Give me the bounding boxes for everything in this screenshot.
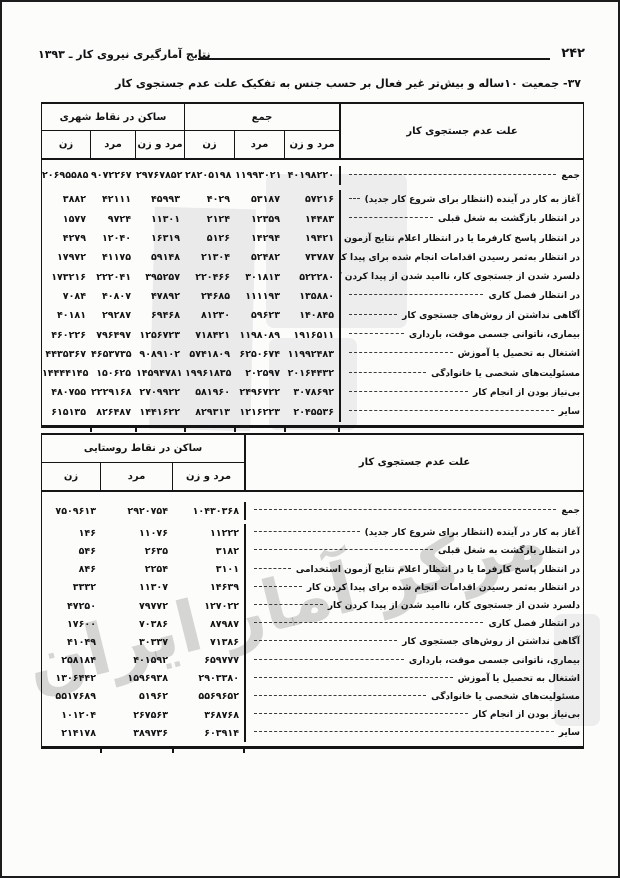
cell-rural-male: ۵۱۹۶۲ — [101, 691, 173, 702]
table-row: ۴۴۳۵۳۶۷ ۴۶۵۳۷۳۵ ۹۰۸۹۱۰۲ ۵۷۴۱۸۰۹ ۶۲۵۰۶۷۴ … — [42, 345, 583, 364]
table-row: ۵۴۶ ۲۶۳۵ ۳۱۸۲ در انتظار بازگشت به شغل قب… — [42, 542, 583, 560]
cell-total-both: ۱۹۴۲۱ — [285, 233, 339, 244]
cell-rural-male: ۲۶۳۵ — [101, 546, 173, 557]
cell-urban-female: ۴۰۱۸۱ — [42, 310, 91, 321]
column-header-reason: علت عدم جستجوی کار — [244, 435, 583, 490]
cell-urban-female: ۴۲۷۹ — [42, 233, 91, 244]
column-header-male: مرد — [91, 131, 136, 158]
cell-total-both: ۵۲۲۲۸۰ — [285, 272, 339, 283]
cell-total-female: ۸۱۲۳۰ — [185, 310, 235, 321]
cell-urban-male: ۷۹۶۴۹۷ — [91, 330, 136, 341]
cell-reason-label: اشتغال به تحصیل یا آموزش — [244, 670, 583, 688]
cell-reason-label: آغاز به کار در آینده (انتظار برای شروع ک… — [244, 524, 583, 542]
cell-total-female: ۷۱۸۴۲۱ — [185, 330, 235, 341]
cell-reason-label: اشتغال به تحصیل یا آموزش — [339, 345, 583, 364]
table1-body: ۲۰۶۹۵۵۸۵ ۹۰۷۲۲۶۷ ۲۹۷۶۷۸۵۲ ۲۸۲۰۵۱۹۸ ۱۱۹۹۳… — [42, 160, 583, 425]
dotted-leader — [254, 730, 554, 732]
dotted-leader — [254, 621, 483, 623]
cell-urban-male: ۴۱۱۷۵ — [91, 252, 136, 263]
cell-urban-male: ۴۶۵۳۷۳۵ — [91, 349, 136, 360]
dotted-leader — [254, 548, 433, 550]
reason-text: در انتظار به‌ثمر رسیدن اقدامات انجام شده… — [339, 253, 580, 263]
table-row: ۳۸۸۲ ۴۲۱۱۱ ۴۵۹۹۳ ۴۰۲۹ ۵۳۱۸۷ ۵۷۲۱۶ آغاز ب… — [42, 190, 583, 209]
cell-rural-female: ۳۳۳۲ — [42, 582, 101, 593]
table-row: ۲۵۸۱۸۴ ۴۰۱۵۹۲ ۶۵۹۷۷۷ بیماری، ناتوانی جسم… — [42, 652, 583, 670]
cell-rural-female: ۵۵۱۷۶۸۹ — [42, 691, 101, 702]
cell-total-female: ۵۱۲۶ — [185, 233, 235, 244]
table2-header: ساکن در نقاط روستایی علت عدم جستجوی کار … — [42, 435, 583, 492]
cell-reason-label: جمع — [244, 502, 583, 520]
cell-rural-male: ۷۹۷۷۲ — [101, 601, 173, 612]
cell-urban-male: ۲۲۲۹۱۶۸ — [91, 387, 136, 398]
cell-reason-label: در انتظار بازگشت به شغل قبلی — [339, 210, 583, 229]
cell-total-both: ۳۰۷۸۶۹۲ — [285, 387, 339, 398]
reason-text: در انتظار بازگشت به شغل قبلی — [438, 546, 580, 556]
table-row: ۵۵۱۷۶۸۹ ۵۱۹۶۲ ۵۵۶۹۶۵۲ مسئولیت‌های شخصی ی… — [42, 688, 583, 706]
dotted-leader — [254, 530, 360, 532]
cell-rural-female: ۲۵۸۱۸۴ — [42, 655, 101, 666]
cell-urban-female: ۱۵۷۷ — [42, 214, 91, 225]
table-row: ۷۵۰۹۶۱۳ ۲۹۲۰۷۵۴ ۱۰۴۳۰۳۶۸ جمع — [42, 502, 583, 520]
cell-urban-female: ۱۷۳۲۱۶ — [42, 272, 91, 283]
cell-rural-female: ۴۱۰۴۹ — [42, 637, 101, 648]
reason-text: بیماری، ناتوانی جسمی موقت، بارداری — [409, 330, 580, 340]
dotted-leader — [254, 676, 453, 678]
cell-rural-male: ۴۰۱۵۹۲ — [101, 655, 173, 666]
table-row: ۴۸۰۷۵۵ ۲۲۲۹۱۶۸ ۲۷۰۹۹۲۲ ۵۸۱۹۶۰ ۲۴۹۶۷۲۲ ۳۰… — [42, 383, 583, 402]
cell-urban-both: ۱۲۵۶۷۲۳ — [136, 330, 185, 341]
cell-urban-male: ۱۵۰۶۲۵ — [91, 368, 136, 379]
cell-total-male: ۲۰۲۵۹۷ — [235, 368, 285, 379]
cell-total-female: ۵۷۴۱۸۰۹ — [185, 349, 235, 360]
cell-rural-both: ۷۱۳۸۶ — [173, 637, 244, 648]
table-row: ۲۱۴۱۷۸ ۳۸۹۷۳۶ ۶۰۳۹۱۴ سایر — [42, 724, 583, 742]
dotted-leader — [349, 332, 404, 334]
table-row: ۲۰۶۹۵۵۸۵ ۹۰۷۲۲۶۷ ۲۹۷۶۷۸۵۲ ۲۸۲۰۵۱۹۸ ۱۱۹۹۳… — [42, 166, 583, 185]
table-row: ۶۱۵۱۳۵ ۸۲۶۴۸۷ ۱۴۴۱۶۲۲ ۸۲۹۳۱۳ ۱۲۱۶۲۲۳ ۲۰۴… — [42, 403, 583, 422]
cell-total-female: ۲۱۳۰۴ — [185, 252, 235, 263]
cell-rural-both: ۶۰۳۹۱۴ — [173, 728, 244, 739]
border-tick — [135, 425, 137, 432]
cell-urban-both: ۹۰۸۹۱۰۲ — [136, 349, 185, 360]
dotted-leader — [254, 603, 323, 605]
cell-rural-male: ۲۲۵۴ — [101, 564, 173, 575]
cell-total-male: ۱۱۹۹۳۰۲۱ — [235, 170, 285, 181]
table-row: ۳۳۳۲ ۱۱۳۰۷ ۱۴۶۳۹ در انتظار به‌ثمر رسیدن … — [42, 579, 583, 597]
dotted-leader — [349, 390, 468, 392]
reason-text: اشتغال به تحصیل یا آموزش — [458, 349, 580, 359]
column-header-both: مرد و زن — [136, 131, 185, 158]
cell-urban-both: ۱۶۳۱۹ — [136, 233, 185, 244]
dotted-leader — [349, 173, 556, 175]
cell-rural-both: ۳۱۰۱ — [173, 564, 244, 575]
cell-reason-label: در انتظار پاسخ کارفرما یا در انتظار اعلا… — [244, 561, 583, 579]
cell-rural-male: ۷۰۳۸۶ — [101, 619, 173, 630]
cell-urban-female: ۱۴۴۴۴۱۴۵ — [42, 368, 91, 379]
border-tick — [284, 425, 286, 432]
reason-text: در انتظار فصل کاری — [488, 619, 580, 629]
cell-reason-label: بیماری، ناتوانی جسمی موقت، بارداری — [244, 652, 583, 670]
cell-rural-both: ۳۱۸۲ — [173, 546, 244, 557]
dotted-leader — [349, 351, 453, 353]
reason-text: در انتظار فصل کاری — [488, 291, 580, 301]
table-row: ۱۴۶ ۱۱۰۷۶ ۱۱۲۲۲ آغاز به کار در آینده (ان… — [42, 524, 583, 542]
table-row: ۱۷۹۷۲ ۴۱۱۷۵ ۵۹۱۴۸ ۲۱۳۰۴ ۵۲۴۸۲ ۷۳۷۸۷ در ا… — [42, 248, 583, 267]
table2-body: ۷۵۰۹۶۱۳ ۲۹۲۰۷۵۴ ۱۰۴۳۰۳۶۸ جمع ۱۴۶ ۱۱۰۷۶ ۱… — [42, 492, 583, 746]
reason-text: مسئولیت‌های شخصی یا خانوادگی — [431, 369, 580, 379]
column-header-male: مرد — [101, 463, 173, 490]
reason-text: در انتظار پاسخ کارفرما یا در انتظار اعلا… — [296, 565, 580, 575]
dotted-leader — [349, 313, 397, 315]
cell-rural-female: ۵۴۶ — [42, 546, 101, 557]
cell-rural-both: ۱۱۲۲۲ — [173, 528, 244, 539]
cell-rural-female: ۱۷۶۰۰ — [42, 619, 101, 630]
dotted-leader — [254, 658, 404, 660]
cell-total-male: ۱۱۱۱۹۳ — [235, 291, 285, 302]
cell-rural-male: ۱۱۳۰۷ — [101, 582, 173, 593]
cell-reason-label: دلسرد شدن از جستجوی کار، ناامید شدن از پ… — [339, 267, 583, 286]
cell-reason-label: در انتظار به‌ثمر رسیدن اقدامات انجام شده… — [244, 579, 583, 597]
cell-urban-female: ۱۷۹۷۲ — [42, 252, 91, 263]
reason-text: دلسرد شدن از جستجوی کار، ناامید شدن از پ… — [339, 272, 580, 282]
group-header-total: جمع — [185, 104, 339, 131]
table-row: ۱۴۴۴۴۱۴۵ ۱۵۰۶۲۵ ۱۴۵۹۴۷۸۱ ۱۹۹۶۱۸۳۵ ۲۰۲۵۹۷… — [42, 364, 583, 383]
cell-total-female: ۱۹۹۶۱۸۳۵ — [185, 368, 235, 379]
cell-urban-male: ۱۲۰۴۰ — [91, 233, 136, 244]
cell-total-both: ۲۰۱۶۴۴۳۲ — [285, 368, 339, 379]
cell-total-female: ۲۴۶۸۵ — [185, 291, 235, 302]
cell-total-both: ۴۰۱۹۸۲۲۰ — [285, 170, 339, 181]
column-header-female: زن — [42, 131, 91, 158]
table-row: ۱۳۰۶۴۴۲ ۱۵۹۶۹۳۸ ۲۹۰۳۳۸۰ اشتغال به تحصیل … — [42, 670, 583, 688]
cell-total-female: ۸۲۹۳۱۳ — [185, 407, 235, 418]
reason-text: دلسرد شدن از جستجوی کار، ناامید شدن از پ… — [328, 601, 580, 611]
dotted-leader — [349, 409, 554, 411]
cell-rural-male: ۳۰۳۳۷ — [101, 637, 173, 648]
cell-rural-both: ۲۹۰۳۳۸۰ — [173, 673, 244, 684]
reason-text: بیماری، ناتوانی جسمی موقت، بارداری — [409, 656, 580, 666]
border-tick — [100, 746, 102, 753]
cell-total-both: ۱۹۱۶۵۱۱ — [285, 330, 339, 341]
reason-text: سایر — [559, 728, 580, 738]
table-rural: ساکن در نقاط روستایی علت عدم جستجوی کار … — [41, 433, 584, 749]
reason-text: جمع — [561, 171, 580, 181]
cell-total-female: ۲۸۲۰۵۱۹۸ — [185, 170, 235, 181]
cell-reason-label: آگاهی نداشتن از روش‌های جستجوی کار — [339, 306, 583, 325]
cell-rural-female: ۲۱۴۱۷۸ — [42, 728, 101, 739]
table-row: ۴۱۰۴۹ ۳۰۳۳۷ ۷۱۳۸۶ آگاهی نداشتن از روش‌ها… — [42, 633, 583, 651]
cell-urban-male: ۹۰۷۲۲۶۷ — [91, 170, 136, 181]
cell-total-male: ۵۹۶۲۳ — [235, 310, 285, 321]
cell-reason-label: در انتظار فصل کاری — [339, 287, 583, 306]
table-total-urban: ساکن در نقاط شهری جمع علت عدم جستجوی کار… — [41, 102, 584, 428]
column-header-female: زن — [42, 463, 101, 490]
cell-rural-both: ۵۵۶۹۶۵۲ — [173, 691, 244, 702]
table-row: ۸۴۶ ۲۲۵۴ ۳۱۰۱ در انتظار پاسخ کارفرما یا … — [42, 561, 583, 579]
border-tick — [243, 746, 245, 753]
cell-urban-both: ۱۱۳۰۱ — [136, 214, 185, 225]
dotted-leader — [254, 508, 556, 510]
cell-reason-label: بی‌نیاز بودن از انجام کار — [244, 706, 583, 724]
cell-urban-female: ۳۸۸۲ — [42, 194, 91, 205]
cell-total-male: ۱۱۹۸۰۸۹ — [235, 330, 285, 341]
cell-reason-label: مسئولیت‌های شخصی یا خانوادگی — [244, 688, 583, 706]
cell-urban-female: ۶۱۵۱۳۵ — [42, 407, 91, 418]
cell-urban-both: ۴۵۹۹۳ — [136, 194, 185, 205]
cell-rural-both: ۳۶۸۷۶۸ — [173, 710, 244, 721]
cell-reason-label: آغاز به کار در آینده (انتظار برای شروع ک… — [339, 190, 583, 209]
table-row: ۱۰۱۲۰۴ ۲۶۷۵۶۳ ۳۶۸۷۶۸ بی‌نیاز بودن از انج… — [42, 706, 583, 724]
cell-rural-male: ۲۶۷۵۶۳ — [101, 710, 173, 721]
cell-rural-male: ۱۱۰۷۶ — [101, 528, 173, 539]
column-header-female: زن — [185, 131, 235, 158]
cell-total-male: ۲۴۹۶۷۲۲ — [235, 387, 285, 398]
cell-reason-label: سایر — [244, 724, 583, 742]
cell-reason-label: جمع — [339, 166, 583, 185]
cell-urban-both: ۱۴۴۱۶۲۲ — [136, 407, 185, 418]
cell-rural-male: ۱۵۹۶۹۳۸ — [101, 673, 173, 684]
cell-reason-label: بی‌نیاز بودن از انجام کار — [339, 383, 583, 402]
cell-reason-label: مسئولیت‌های شخصی یا خانوادگی — [339, 364, 583, 383]
cell-urban-male: ۲۲۲۰۴۱ — [91, 272, 136, 283]
border-tick — [184, 425, 186, 432]
dotted-leader — [254, 712, 468, 714]
cell-rural-both: ۸۷۹۸۷ — [173, 619, 244, 630]
cell-total-female: ۲۲۰۴۶۶ — [185, 272, 235, 283]
cell-urban-female: ۴۴۳۵۳۶۷ — [42, 349, 91, 360]
dotted-leader — [349, 197, 360, 199]
cell-urban-both: ۳۹۵۲۵۷ — [136, 272, 185, 283]
table-title: ۳۷- جمعیت ۱۰ساله و بیش‌تر غیر فعال بر حس… — [115, 77, 581, 90]
cell-urban-male: ۴۰۸۰۷ — [91, 291, 136, 302]
column-header-both: مرد و زن — [173, 463, 244, 490]
cell-total-both: ۱۴۴۸۳ — [285, 214, 339, 225]
reason-text: در انتظار پاسخ کارفرما یا در انتظار اعلا… — [339, 234, 580, 244]
cell-urban-both: ۲۹۷۶۷۸۵۲ — [136, 170, 185, 181]
reason-text: آگاهی نداشتن از روش‌های جستجوی کار — [402, 311, 580, 321]
cell-urban-male: ۲۹۲۸۷ — [91, 310, 136, 321]
reason-text: مسئولیت‌های شخصی یا خانوادگی — [431, 692, 580, 702]
table1-header: ساکن در نقاط شهری جمع علت عدم جستجوی کار… — [42, 104, 583, 160]
cell-rural-female: ۸۴۶ — [42, 564, 101, 575]
reason-text: بی‌نیاز بودن از انجام کار — [473, 710, 580, 720]
border-tick — [172, 746, 174, 753]
cell-total-both: ۱۴۰۸۴۵ — [285, 310, 339, 321]
border-tick — [338, 425, 340, 432]
scanned-report-page: مرکز آمار ایران نتایج آمارگیری نیروی کار… — [0, 0, 620, 878]
cell-urban-both: ۶۹۴۶۸ — [136, 310, 185, 321]
cell-rural-male: ۳۸۹۷۳۶ — [101, 728, 173, 739]
dotted-leader — [349, 371, 426, 373]
reason-text: در انتظار بازگشت به شغل قبلی — [438, 214, 580, 224]
dotted-leader — [254, 639, 397, 641]
cell-total-male: ۱۲۱۶۲۲۳ — [235, 407, 285, 418]
cell-urban-female: ۷۰۸۴ — [42, 291, 91, 302]
column-header-male: مرد — [235, 131, 285, 158]
cell-urban-male: ۸۲۶۴۸۷ — [91, 407, 136, 418]
report-title: نتایج آمارگیری نیروی کار ـ ۱۳۹۳ — [38, 48, 211, 61]
cell-total-both: ۱۱۹۹۲۴۸۳ — [285, 349, 339, 360]
table-row: ۴۷۲۵۰ ۷۹۷۷۲ ۱۲۷۰۲۲ دلسرد شدن از جستجوی ک… — [42, 597, 583, 615]
cell-total-both: ۲۰۴۵۵۳۶ — [285, 407, 339, 418]
cell-reason-label: در انتظار بازگشت به شغل قبلی — [244, 542, 583, 560]
table-row: ۴۶۰۲۲۶ ۷۹۶۴۹۷ ۱۲۵۶۷۲۳ ۷۱۸۴۲۱ ۱۱۹۸۰۸۹ ۱۹۱… — [42, 325, 583, 344]
reason-text: بی‌نیاز بودن از انجام کار — [473, 388, 580, 398]
cell-total-male: ۱۲۳۵۹ — [235, 214, 285, 225]
dotted-leader — [349, 293, 483, 295]
cell-total-male: ۳۰۱۸۱۳ — [235, 272, 285, 283]
group-header-rural: ساکن در نقاط روستایی — [42, 435, 244, 463]
table-row: ۴۲۷۹ ۱۲۰۴۰ ۱۶۳۱۹ ۵۱۲۶ ۱۴۲۹۴ ۱۹۴۲۱ در انت… — [42, 229, 583, 248]
cell-rural-female: ۴۷۲۵۰ — [42, 601, 101, 612]
column-header-both: مرد و زن — [285, 131, 339, 158]
column-header-reason: علت عدم جستجوی کار — [339, 104, 583, 158]
cell-reason-label: بیماری، ناتوانی جسمی موقت، بارداری — [339, 325, 583, 344]
cell-urban-female: ۴۸۰۷۵۵ — [42, 387, 91, 398]
cell-urban-male: ۴۲۱۱۱ — [91, 194, 136, 205]
cell-urban-both: ۵۹۱۴۸ — [136, 252, 185, 263]
cell-rural-both: ۶۵۹۷۷۷ — [173, 655, 244, 666]
reason-text: آغاز به کار در آینده (انتظار برای شروع ک… — [365, 195, 580, 205]
cell-total-both: ۱۳۵۸۸۰ — [285, 291, 339, 302]
table-row: ۱۷۶۰۰ ۷۰۳۸۶ ۸۷۹۸۷ در انتظار فصل کاری — [42, 615, 583, 633]
reason-text: جمع — [561, 506, 580, 516]
cell-reason-label: سایر — [339, 403, 583, 422]
cell-total-male: ۵۳۱۸۷ — [235, 194, 285, 205]
cell-urban-both: ۱۴۵۹۴۷۸۱ — [136, 368, 185, 379]
cell-total-female: ۵۸۱۹۶۰ — [185, 387, 235, 398]
page-number: ۲۴۲ — [561, 46, 585, 61]
cell-rural-both: ۱۰۴۳۰۳۶۸ — [173, 506, 244, 517]
cell-total-male: ۱۴۲۹۴ — [235, 233, 285, 244]
cell-reason-label: دلسرد شدن از جستجوی کار، ناامید شدن از پ… — [244, 597, 583, 615]
reason-text: آگاهی نداشتن از روش‌های جستجوی کار — [402, 637, 580, 647]
reason-text: اشتغال به تحصیل یا آموزش — [458, 674, 580, 684]
dotted-leader — [254, 585, 302, 587]
cell-rural-female: ۷۵۰۹۶۱۳ — [42, 506, 101, 517]
cell-rural-both: ۱۴۶۳۹ — [173, 582, 244, 593]
cell-total-male: ۶۲۵۰۶۷۴ — [235, 349, 285, 360]
reason-text: سایر — [559, 407, 580, 417]
group-header-urban: ساکن در نقاط شهری — [42, 104, 185, 131]
reason-text: آغاز به کار در آینده (انتظار برای شروع ک… — [365, 528, 580, 538]
cell-reason-label: در انتظار پاسخ کارفرما یا در انتظار اعلا… — [339, 229, 583, 248]
cell-reason-label: در انتظار فصل کاری — [244, 615, 583, 633]
cell-urban-both: ۲۷۰۹۹۲۲ — [136, 387, 185, 398]
cell-reason-label: آگاهی نداشتن از روش‌های جستجوی کار — [244, 633, 583, 651]
table-row: ۱۷۳۲۱۶ ۲۲۲۰۴۱ ۳۹۵۲۵۷ ۲۲۰۴۶۶ ۳۰۱۸۱۳ ۵۲۲۲۸… — [42, 267, 583, 286]
reason-text: در انتظار به‌ثمر رسیدن اقدامات انجام شده… — [307, 583, 580, 593]
cell-rural-female: ۱۴۶ — [42, 528, 101, 539]
cell-urban-female: ۲۰۶۹۵۵۸۵ — [42, 170, 91, 181]
dotted-leader — [349, 216, 433, 218]
cell-rural-both: ۱۲۷۰۲۲ — [173, 601, 244, 612]
table-row: ۱۵۷۷ ۹۷۲۴ ۱۱۳۰۱ ۲۱۲۴ ۱۲۳۵۹ ۱۴۴۸۳ در انتظ… — [42, 210, 583, 229]
cell-rural-female: ۱۰۱۲۰۴ — [42, 710, 101, 721]
cell-total-both: ۵۷۲۱۶ — [285, 194, 339, 205]
header-rule — [198, 58, 550, 60]
cell-rural-male: ۲۹۲۰۷۵۴ — [101, 506, 173, 517]
dotted-leader — [254, 567, 291, 569]
cell-reason-label: در انتظار به‌ثمر رسیدن اقدامات انجام شده… — [339, 248, 583, 267]
border-tick — [234, 425, 236, 432]
table-row: ۷۰۸۴ ۴۰۸۰۷ ۴۷۸۹۲ ۲۴۶۸۵ ۱۱۱۱۹۳ ۱۳۵۸۸۰ در … — [42, 287, 583, 306]
border-tick — [90, 425, 92, 432]
cell-rural-female: ۱۳۰۶۴۴۲ — [42, 673, 101, 684]
cell-total-male: ۵۲۴۸۲ — [235, 252, 285, 263]
dotted-leader — [254, 694, 426, 696]
cell-total-female: ۲۱۲۴ — [185, 214, 235, 225]
table-row: ۴۰۱۸۱ ۲۹۲۸۷ ۶۹۴۶۸ ۸۱۲۳۰ ۵۹۶۲۳ ۱۴۰۸۴۵ آگا… — [42, 306, 583, 325]
cell-urban-both: ۴۷۸۹۲ — [136, 291, 185, 302]
cell-total-both: ۷۳۷۸۷ — [285, 252, 339, 263]
cell-urban-male: ۹۷۲۴ — [91, 214, 136, 225]
cell-urban-female: ۴۶۰۲۲۶ — [42, 330, 91, 341]
cell-total-female: ۴۰۲۹ — [185, 194, 235, 205]
